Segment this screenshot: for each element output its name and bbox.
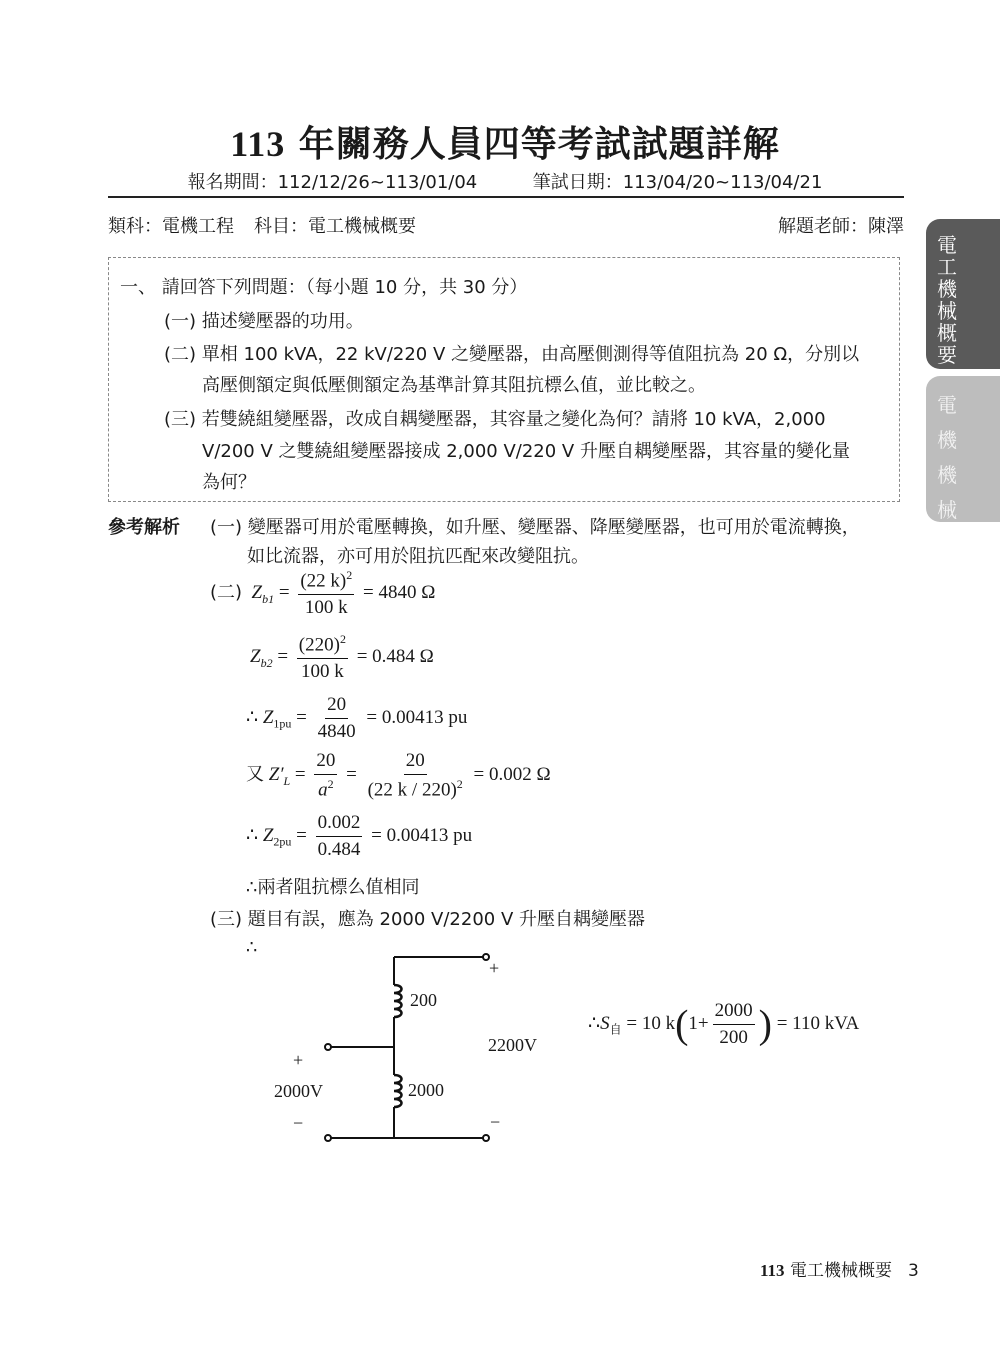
- input-voltage: 2000V: [274, 1081, 323, 1102]
- lower-coil-turns: 2000: [408, 1080, 444, 1101]
- output-voltage: 2200V: [488, 1035, 537, 1056]
- question-item-3-cont2: 為何？: [202, 468, 256, 494]
- question-item-1: (一) 描述變壓器的功用。: [164, 307, 364, 333]
- therefore-symbol: ∴: [246, 937, 257, 958]
- exam-dates: 報名期間：112/12/26~113/01/04 筆試日期：113/04/20~…: [0, 168, 1000, 194]
- equation-auto-capacity: ∴S自 = 10 k(1+2000200) = 110 kVA: [588, 1000, 859, 1049]
- category: 類科：電機工程: [108, 216, 234, 237]
- page-footer: 113 電工機械概要3: [760, 1256, 919, 1281]
- side-tab-electrical-machinery-overview[interactable]: 電工機械概要: [926, 219, 1000, 369]
- side-tab-label: 電機機械: [936, 388, 958, 528]
- side-tab-label: 電工機械概要: [936, 234, 958, 366]
- page-title: 113 年關務人員四等考試試題詳解: [0, 116, 1000, 167]
- equation-z1pu: ∴ Z1pu = 204840 = 0.00413 pu: [246, 694, 467, 743]
- question-heading: 一、 請回答下列問題：（每小題 10 分，共 30 分）: [120, 273, 527, 299]
- header-divider: [108, 196, 904, 198]
- registration-label: 報名期間：: [188, 172, 278, 193]
- exam-label: 筆試日期：: [533, 172, 623, 193]
- exam-dates-value: 113/04/20~113/04/21: [623, 172, 823, 193]
- question-item-2-cont: 高壓側額定與低壓側額定為基準計算其阻抗標么值，並比較之。: [202, 371, 706, 397]
- answer-part-1-cont: 如比流器，亦可用於阻抗匹配來改變阻抗。: [247, 542, 589, 568]
- answer-part-1: (一) 變壓器可用於電壓轉換，如升壓、變壓器、降壓變壓器，也可用於電流轉換，: [210, 513, 860, 539]
- page-number: 3: [908, 1261, 919, 1281]
- input-minus: −: [293, 1113, 303, 1134]
- part-2-conclusion: ∴兩者阻抗標么值相同: [246, 873, 419, 899]
- question-item-3-cont: V/200 V 之雙繞組變壓器接成 2,000 V/220 V 升壓自耦變壓器，…: [202, 437, 850, 463]
- answer-label: 參考解析: [108, 513, 180, 539]
- equation-z2pu: ∴ Z2pu = 0.0020.484 = 0.00413 pu: [246, 812, 472, 861]
- answer-part-3: (三) 題目有誤，應為 2000 V/2200 V 升壓自耦變壓器: [210, 905, 645, 931]
- subject: 科目：電工機械概要: [254, 216, 416, 237]
- equation-zl-prime: 又 Z′L = 20a2 = 20(22 k / 220)2 = 0.002 Ω: [246, 750, 551, 801]
- question-item-2: (二) 單相 100 kVA，22 kV/220 V 之變壓器，由高壓側測得等值…: [164, 340, 859, 366]
- output-minus: −: [490, 1112, 500, 1133]
- teacher: 解題老師：陳澤: [778, 212, 904, 238]
- output-plus: +: [489, 958, 499, 979]
- input-plus: +: [293, 1050, 303, 1071]
- equation-zb1: (二) Zb1 = (22 k)2100 k = 4840 Ω: [210, 568, 435, 619]
- side-tab-electrical-machinery[interactable]: 電機機械: [926, 376, 1000, 522]
- registration-period: 112/12/26~113/01/04: [278, 172, 478, 193]
- upper-coil-turns: 200: [410, 990, 437, 1011]
- question-item-3: (三) 若雙繞組變壓器，改成自耦變壓器，其容量之變化為何？請將 10 kVA，2…: [164, 405, 826, 431]
- equation-zb2: Zb2 = (220)2100 k = 0.484 Ω: [250, 632, 434, 683]
- exam-meta: 類科：電機工程科目：電工機械概要 解題老師：陳澤: [108, 212, 904, 238]
